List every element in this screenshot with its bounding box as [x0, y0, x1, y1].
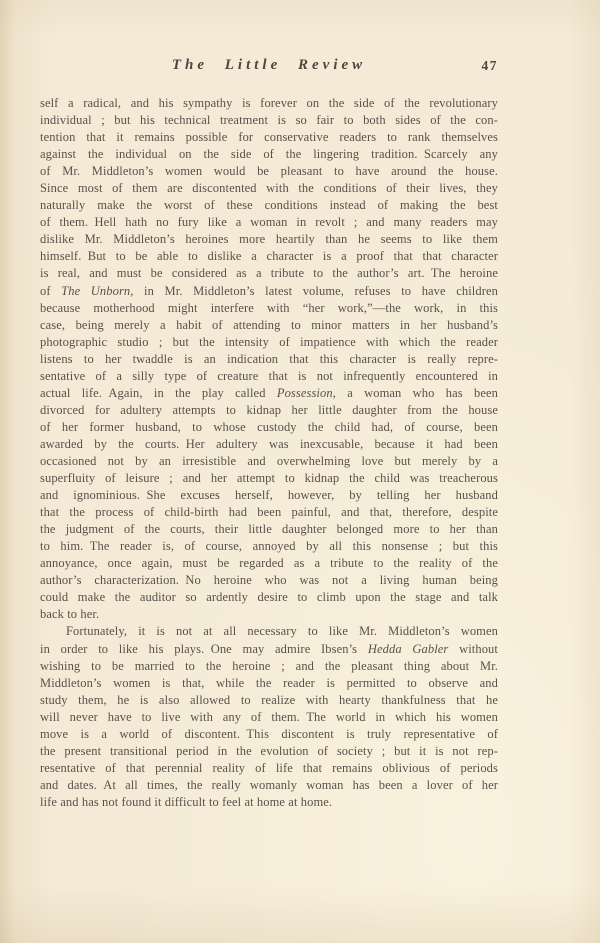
text-segment: that the process of child-birth had been…: [40, 505, 498, 519]
text-line: back to her.: [40, 606, 498, 623]
text-segment: the present transitional period in the e…: [40, 744, 498, 758]
text-segment: tention that it remains possible for con…: [40, 130, 498, 144]
text-segment: Fortunately, it is not at all necessary …: [66, 624, 498, 638]
scanned-book-page: The Little Review 47 self a radical, and…: [0, 0, 600, 943]
text-segment: without: [448, 642, 498, 656]
text-line: awarded by the courts. Her adultery was …: [40, 436, 498, 453]
text-segment: of Mr. Middleton’s women would be pleasa…: [40, 164, 498, 178]
text-line: sentative of a silly type of creature th…: [40, 368, 498, 385]
text-line: individual ; but his technical treatment…: [40, 112, 498, 129]
text-line: listens to her twaddle is an indication …: [40, 351, 498, 368]
text-line: is real, and must be considered as a tri…: [40, 265, 498, 282]
italic-text: The Unborn,: [61, 284, 133, 298]
text-line: naturally make the worst of these condit…: [40, 197, 498, 214]
page-content: The Little Review 47 self a radical, and…: [40, 57, 498, 811]
text-segment: will never have to live with any of them…: [40, 710, 498, 724]
paragraph: Fortunately, it is not at all necessary …: [40, 623, 498, 811]
text-line: divorced for adultery attempts to kidnap…: [40, 402, 498, 419]
text-line: and dates. At all times, the really woma…: [40, 777, 498, 794]
text-line: and ignominious. She excuses herself, ho…: [40, 487, 498, 504]
text-segment: and dates. At all times, the really woma…: [40, 778, 498, 792]
italic-text: Possession,: [277, 386, 336, 400]
text-line: to him. The reader is, of course, annoye…: [40, 538, 498, 555]
text-segment: wishing to be married to the heroine ; a…: [40, 659, 498, 673]
paragraph: self a radical, and his sympathy is fore…: [40, 95, 498, 623]
text-segment: of them. Hell hath no fury like a woman …: [40, 215, 498, 229]
text-line: of Mr. Middleton’s women would be pleasa…: [40, 163, 498, 180]
text-segment: dislike Mr. Middleton’s heroines more he…: [40, 232, 498, 246]
text-segment: in order to like his plays. One may admi…: [40, 642, 368, 656]
text-line: dislike Mr. Middleton’s heroines more he…: [40, 231, 498, 248]
text-segment: listens to her twaddle is an indication …: [40, 352, 498, 366]
text-line: against the individual on the side of th…: [40, 146, 498, 163]
text-line: himself. But to be able to dislike a cha…: [40, 248, 498, 265]
text-segment: study them, he is also allowed to realiz…: [40, 693, 498, 707]
text-segment: actual life. Again, in the play called: [40, 386, 277, 400]
text-segment: photographic studio ; but the intensity …: [40, 335, 498, 349]
text-segment: back to her.: [40, 607, 99, 621]
text-segment: awarded by the courts. Her adultery was …: [40, 437, 498, 451]
text-line: move is a world of discontent. This disc…: [40, 726, 498, 743]
text-line: will never have to live with any of them…: [40, 709, 498, 726]
text-segment: of her former husband, to whose custody …: [40, 420, 498, 434]
text-line: the judgment of the courts, their little…: [40, 521, 498, 538]
text-line: occasioned not by an irresistible and ov…: [40, 453, 498, 470]
text-line: life and has not found it difficult to f…: [40, 794, 498, 811]
text-segment: a woman who has been: [336, 386, 498, 400]
text-line: Fortunately, it is not at all necessary …: [40, 623, 498, 640]
text-line: self a radical, and his sympathy is fore…: [40, 95, 498, 112]
text-segment: against the individual on the side of th…: [40, 147, 498, 161]
text-line: the present transitional period in the e…: [40, 743, 498, 760]
text-line: of her former husband, to whose custody …: [40, 419, 498, 436]
text-line: annoyance, once again, must be regarded …: [40, 555, 498, 572]
text-segment: author’s characterization. No heroine wh…: [40, 573, 498, 587]
text-segment: sentative of a silly type of creature th…: [40, 369, 498, 383]
text-line: actual life. Again, in the play called P…: [40, 385, 498, 402]
text-segment: Since most of them are discontented with…: [40, 181, 498, 195]
body-text: self a radical, and his sympathy is fore…: [40, 95, 498, 811]
text-segment: move is a world of discontent. This disc…: [40, 727, 498, 741]
text-line: Middleton’s women is that, while the rea…: [40, 675, 498, 692]
text-segment: Middleton’s women is that, while the rea…: [40, 676, 498, 690]
text-line: wishing to be married to the heroine ; a…: [40, 658, 498, 675]
text-segment: annoyance, once again, must be regarded …: [40, 556, 498, 570]
text-segment: himself. But to be able to dislike a cha…: [40, 249, 498, 263]
text-line: because motherhood might interfere with …: [40, 300, 498, 317]
text-segment: individual ; but his technical treatment…: [40, 113, 498, 127]
text-line: tention that it remains possible for con…: [40, 129, 498, 146]
text-line: superfluity of leisure ; and her attempt…: [40, 470, 498, 487]
text-segment: and ignominious. She excuses herself, ho…: [40, 488, 498, 502]
text-segment: because motherhood might interfere with …: [40, 301, 498, 315]
text-segment: life and has not found it difficult to f…: [40, 795, 332, 809]
text-segment: occasioned not by an irresistible and ov…: [40, 454, 498, 468]
text-line: photographic studio ; but the intensity …: [40, 334, 498, 351]
text-segment: divorced for adultery attempts to kidnap…: [40, 403, 498, 417]
italic-text: Hedda Gabler: [368, 642, 449, 656]
text-segment: in Mr. Middleton’s latest volume, refuse…: [134, 284, 499, 298]
text-segment: to him. The reader is, of course, annoye…: [40, 539, 498, 553]
text-line: author’s characterization. No heroine wh…: [40, 572, 498, 589]
text-line: resentative of that perennial reality of…: [40, 760, 498, 777]
text-line: Since most of them are discontented with…: [40, 180, 498, 197]
text-segment: could make the auditor so ardently desir…: [40, 590, 498, 604]
text-line: could make the auditor so ardently desir…: [40, 589, 498, 606]
page-number: 47: [482, 58, 499, 74]
text-segment: case, being merely a habit of attending …: [40, 318, 498, 332]
text-segment: superfluity of leisure ; and her attempt…: [40, 471, 498, 485]
text-segment: naturally make the worst of these condit…: [40, 198, 498, 212]
text-segment: is real, and must be considered as a tri…: [40, 266, 498, 280]
text-line: case, being merely a habit of attending …: [40, 317, 498, 334]
text-line: study them, he is also allowed to realiz…: [40, 692, 498, 709]
text-segment: self a radical, and his sympathy is fore…: [40, 96, 498, 110]
text-line: of The Unborn, in Mr. Middleton’s latest…: [40, 283, 498, 300]
text-line: that the process of child-birth had been…: [40, 504, 498, 521]
text-segment: resentative of that perennial reality of…: [40, 761, 498, 775]
text-line: in order to like his plays. One may admi…: [40, 641, 498, 658]
text-segment: the judgment of the courts, their little…: [40, 522, 498, 536]
page-title: The Little Review: [40, 57, 498, 74]
text-segment: of: [40, 284, 61, 298]
running-header: The Little Review 47: [40, 57, 498, 76]
text-line: of them. Hell hath no fury like a woman …: [40, 214, 498, 231]
